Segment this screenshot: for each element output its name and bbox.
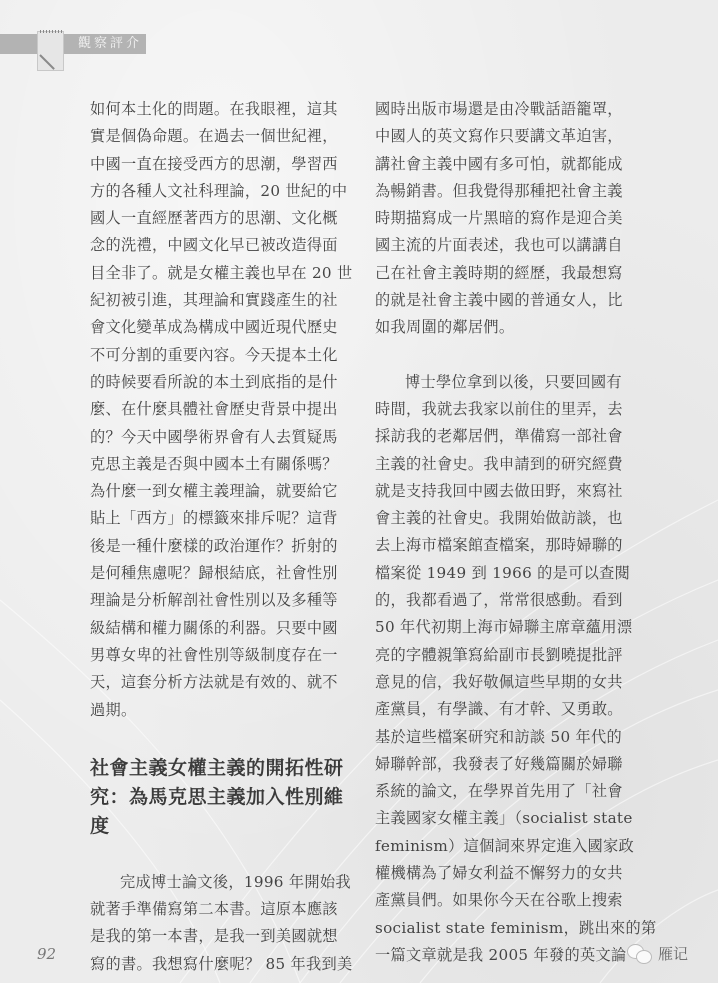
text-line: 國時出版市場還是由冷戰話語籠罩，	[375, 96, 645, 123]
text-line: 是我的第一本書，是我一到美國就想	[90, 923, 352, 950]
right-paragraph-2: 博士學位拿到以後，只要回國有 時間，我就去我家以前住的里弄，去 採訪我的老鄰居們…	[375, 369, 645, 970]
text-line: 時間，我就去我家以前住的里弄，去	[375, 396, 645, 423]
text-line: 男尊女卑的社會性別等級制度存在一	[90, 642, 352, 669]
notepad-rings	[40, 30, 62, 33]
wechat-icon	[627, 944, 653, 964]
text-line: 博士學位拿到以後，只要回國有	[375, 369, 645, 396]
text-line: 寫的書。我想寫什麼呢？ 85 年我到美	[90, 951, 352, 978]
text-line: 不可分割的重要內容。今天提本土化	[90, 342, 352, 369]
heading-line: 社會主義女權主義的開拓性研	[90, 754, 352, 783]
text-line: 麼、在什麼具體社會歷史背景中提出	[90, 396, 352, 423]
text-line: 念的洗禮，中國文化早已被改造得面	[90, 232, 352, 259]
text-line: 過期。	[90, 697, 352, 724]
text-line: 是何種焦慮呢？歸根結底，社會性別	[90, 560, 352, 587]
left-column: 如何本土化的問題。在我眼裡，這其 實是個偽命題。在過去一個世紀裡， 中國一直在接…	[90, 96, 352, 978]
text-line: 就是支持我回中國去做田野，來寫社	[375, 478, 645, 505]
text-line: 意見的信，我好敬佩這些早期的女共	[375, 669, 645, 696]
text-line: socialist state feminism，跳出來的第	[375, 915, 645, 942]
text-line: 的，我都看過了，常常很感動。看到	[375, 587, 645, 614]
text-line: 基於這些檔案研究和訪談 50 年代的	[375, 724, 645, 751]
text-line: 目全非了。就是女權主義也早在 20 世	[90, 260, 352, 287]
notepad-icon	[37, 31, 64, 71]
page-number: 92	[37, 945, 56, 963]
left-paragraph-2: 完成博士論文後，1996 年開始我 就著手準備寫第二本書。這原本應該 是我的第一…	[90, 869, 352, 978]
text-line: 後是一種什麼樣的政治運作？折射的	[90, 533, 352, 560]
text-line: 方的各種人文社科理論，20 世紀的中	[90, 178, 352, 205]
text-line: 的時候要看所說的本土到底指的是什	[90, 369, 352, 396]
text-line: 紀初被引進，其理論和實踐產生的社	[90, 287, 352, 314]
paragraph-gap	[375, 342, 645, 369]
text-line: 產黨員，有學識、有才幹、又勇敢。	[375, 696, 645, 723]
text-line: 中國一直在接受西方的思潮，學習西	[90, 151, 352, 178]
pen-icon	[39, 54, 55, 70]
text-line: 就著手準備寫第二本書。這原本應該	[90, 896, 352, 923]
text-line: 己在社會主義時期的經歷，我最想寫	[375, 260, 645, 287]
right-paragraph-1: 國時出版市場還是由冷戰話語籠罩， 中國人的英文寫作只要講文革迫害， 講社會主義中…	[375, 96, 645, 342]
text-line: 50 年代初期上海市婦聯主席章蘊用漂	[375, 614, 645, 641]
section-heading: 社會主義女權主義的開拓性研 究：為馬克思主義加入性別維 度	[90, 754, 352, 841]
text-line: 國主流的片面表述，我也可以講講自	[375, 232, 645, 259]
text-line: 亮的字體親筆寫給副市長劉曉提批評	[375, 642, 645, 669]
text-line: 去上海市檔案館查檔案，那時婦聯的	[375, 532, 645, 559]
text-line: 為什麼一到女權主義理論，就要給它	[90, 478, 352, 505]
text-line: 理論是分析解剖社會性別以及多種等	[90, 587, 352, 614]
text-line: 講社會主義中國有多可怕，就都能成	[375, 151, 645, 178]
text-line: 採訪我的老鄰居們，準備寫一部社會	[375, 423, 645, 450]
text-line: 時期描寫成一片黑暗的寫作是迎合美	[375, 205, 645, 232]
text-line: 貼上「西方」的標籤來排斥呢？這背	[90, 505, 352, 532]
section-title: 觀察評介	[66, 34, 146, 54]
text-line: 會文化變革成為構成中國近現代歷史	[90, 314, 352, 341]
text-line: 主義國家女權主義」（socialist state	[375, 805, 645, 832]
text-line: 中國人的英文寫作只要講文革迫害，	[375, 123, 645, 150]
text-line: 完成博士論文後，1996 年開始我	[90, 869, 352, 896]
watermark-label: 雁记	[658, 943, 688, 964]
text-line: 為暢銷書。但我覺得那種把社會主義	[375, 178, 645, 205]
text-line: 系統的論文，在學界首先用了「社會	[375, 778, 645, 805]
text-line: 會主義的社會史。我開始做訪談，也	[375, 505, 645, 532]
text-line: 級結構和權力關係的利器。只要中國	[90, 615, 352, 642]
heading-line: 究：為馬克思主義加入性別維	[90, 783, 352, 812]
text-line: 國人一直經歷著西方的思潮、文化概	[90, 205, 352, 232]
text-line: 克思主義是否與中國本土有關係嗎？	[90, 451, 352, 478]
text-line: 主義的社會史。我申請到的研究經費	[375, 451, 645, 478]
text-line: 產黨員們。如果你今天在谷歌上搜索	[375, 887, 645, 914]
text-line: 婦聯幹部，我發表了好幾篇關於婦聯	[375, 751, 645, 778]
text-line: 如我周圍的鄰居們。	[375, 314, 645, 341]
text-line: 的？今天中國學術界會有人去質疑馬	[90, 424, 352, 451]
chat-bubble-shape	[636, 950, 652, 964]
text-line: 實是個偽命題。在過去一個世紀裡，	[90, 123, 352, 150]
left-paragraph-1: 如何本土化的問題。在我眼裡，這其 實是個偽命題。在過去一個世紀裡， 中國一直在接…	[90, 96, 352, 724]
right-column: 國時出版市場還是由冷戰話語籠罩， 中國人的英文寫作只要講文革迫害， 講社會主義中…	[375, 96, 645, 969]
text-line: 如何本土化的問題。在我眼裡，這其	[90, 96, 352, 123]
text-line: 檔案從 1949 到 1966 的是可以查閱	[375, 560, 645, 587]
heading-line: 度	[90, 812, 352, 841]
text-line: 天，這套分析方法就是有效的、就不	[90, 669, 352, 696]
text-line: feminism）這個詞來界定進入國家政	[375, 833, 645, 860]
text-line: 一篇文章就是我 2005 年發的英文論	[375, 942, 645, 969]
text-line: 的就是社會主義中國的普通女人，比	[375, 287, 645, 314]
text-line: 權機構為了婦女利益不懈努力的女共	[375, 860, 645, 887]
